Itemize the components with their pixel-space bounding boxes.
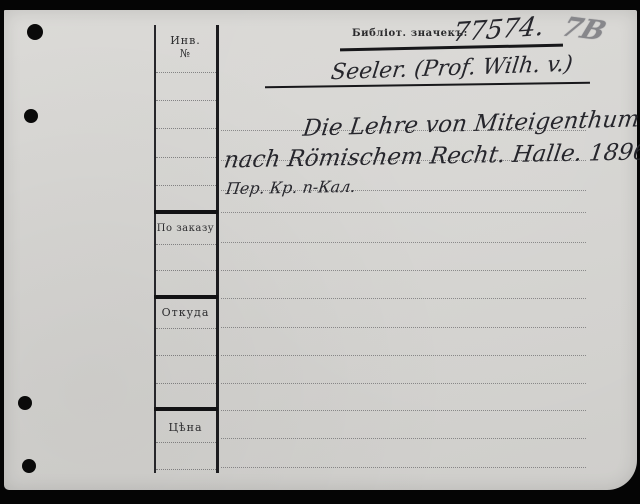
handwritten-author: Seeler. (Prof. Wilh. v.) xyxy=(330,52,575,86)
ruled-line xyxy=(156,270,216,271)
ruled-line xyxy=(156,100,216,101)
field-label-by-order: По заказу xyxy=(154,222,217,235)
handwritten-title-line2: nach Römischem Recht. Halle. 1896. 8° xyxy=(222,139,640,174)
handwritten-note: Пер. Кр. п-Кал. xyxy=(225,177,357,198)
ruled-line xyxy=(156,185,216,186)
field-label-origin: Откуда xyxy=(154,306,217,319)
ruled-line xyxy=(221,438,586,439)
section-bar xyxy=(154,407,218,411)
ruled-line xyxy=(156,328,216,329)
ruled-line xyxy=(221,410,586,411)
ruled-line xyxy=(156,442,216,443)
ruled-line xyxy=(156,157,216,158)
sidebar-divider-right xyxy=(216,25,219,473)
punch-hole xyxy=(24,109,38,123)
ruled-line xyxy=(221,467,586,468)
ruled-line xyxy=(156,355,216,356)
section-bar xyxy=(154,295,218,299)
ruled-line xyxy=(156,383,216,384)
field-label-inventory-number: Инв. № xyxy=(154,34,217,60)
ruled-line xyxy=(221,355,586,356)
ruled-line xyxy=(221,383,586,384)
catalog-card: Инв. № По заказу Откуда Цѣна Библіот. зн… xyxy=(4,10,637,490)
pencil-corner-mark: 7В xyxy=(557,12,610,47)
punch-hole xyxy=(27,24,43,40)
ruled-line xyxy=(156,128,216,129)
ruled-line xyxy=(221,327,586,328)
punch-hole xyxy=(18,396,32,410)
ruled-line xyxy=(156,244,216,245)
author-underline xyxy=(265,82,590,89)
ruled-line xyxy=(221,190,586,191)
ruled-line xyxy=(221,130,586,131)
ruled-line xyxy=(221,160,586,161)
ruled-line xyxy=(221,270,586,271)
ruled-line xyxy=(156,72,216,73)
punch-hole xyxy=(22,459,36,473)
section-bar xyxy=(154,210,218,214)
handwritten-accession-number: 77574. xyxy=(451,12,546,49)
handwritten-title-line1: Die Lehre von Miteigenthum xyxy=(301,106,640,141)
sidebar-divider-left xyxy=(154,25,156,473)
field-label-line: Инв. xyxy=(154,34,217,47)
library-mark-label: Библіот. значекъ: xyxy=(352,28,468,39)
scanned-catalog-card-page: Инв. № По заказу Откуда Цѣна Библіот. зн… xyxy=(0,0,640,504)
ruled-line xyxy=(156,469,216,470)
ruled-line xyxy=(221,242,586,243)
ruled-line xyxy=(221,212,586,213)
ruled-line xyxy=(221,298,586,299)
field-label-price: Цѣна xyxy=(154,421,217,434)
field-label-line: № xyxy=(154,47,217,60)
